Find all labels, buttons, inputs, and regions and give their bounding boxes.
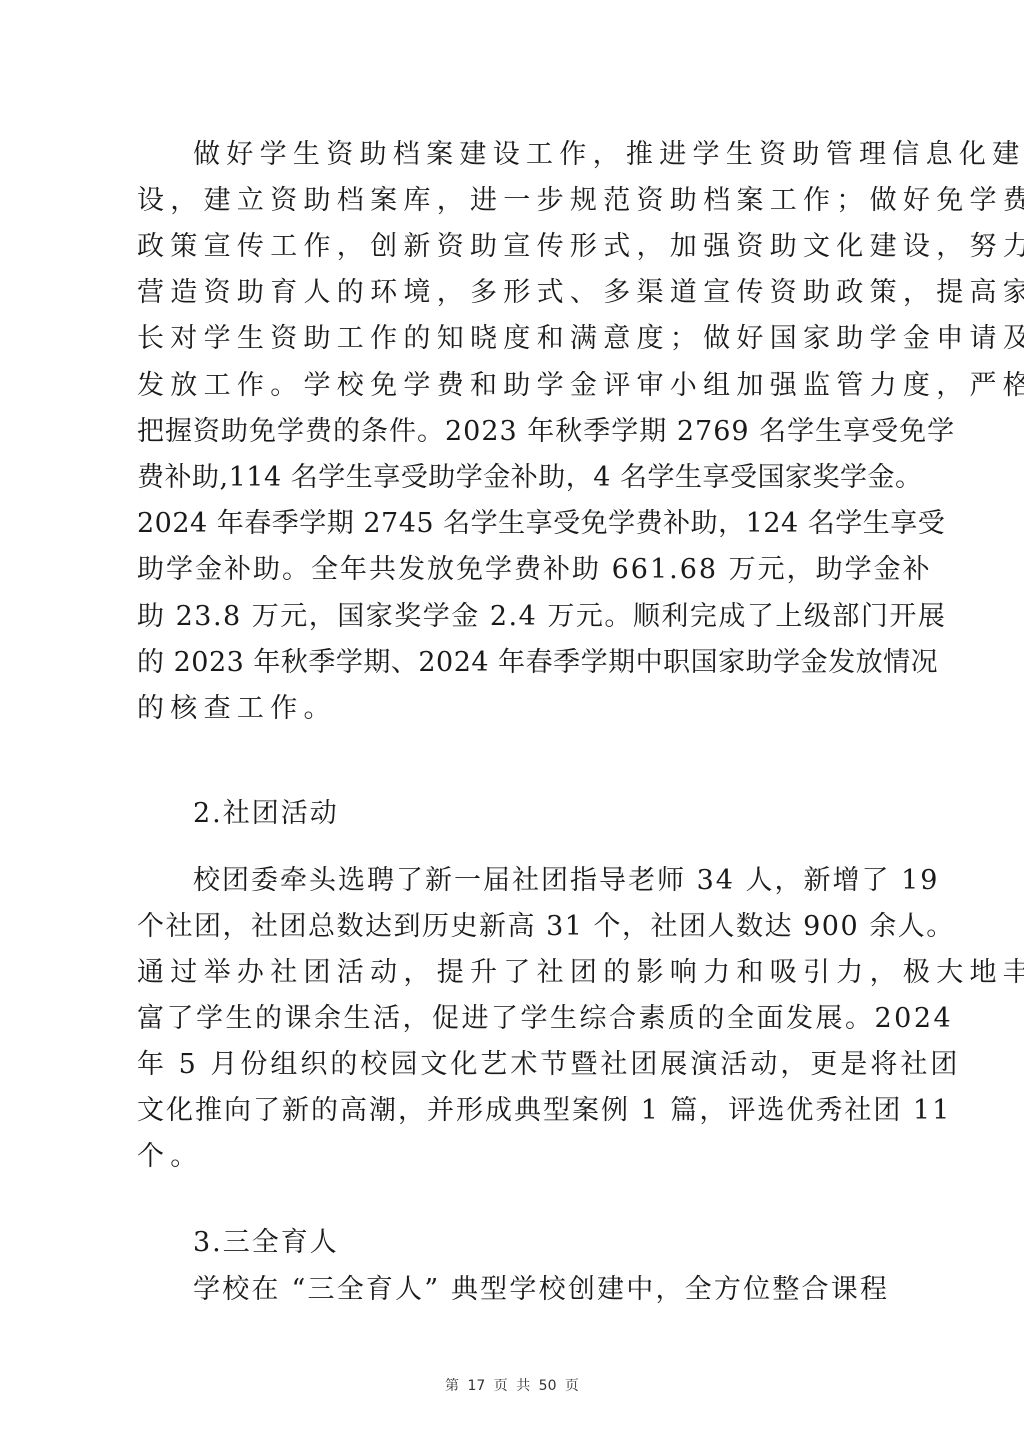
paragraph-line: 发放工作。学校免学费和助学金评审小组加强监管力度，严格 — [137, 369, 889, 403]
paragraph-line: 的核查工作。 — [137, 692, 889, 726]
section-heading: 2.社团活动 — [193, 797, 889, 831]
document-page: 做好学生资助档案建设工作，推进学生资助管理信息化建 设，建立资助档案库，进一步规… — [0, 0, 1024, 1448]
paragraph-line: 费补助,114 名学生享受助学金补助，4 名学生享受国家奖学金。 — [137, 461, 889, 495]
paragraph-line: 政策宣传工作，创新资助宣传形式，加强资助文化建设，努力 — [137, 230, 889, 264]
paragraph-line: 学校在 “三全育人” 典型学校创建中，全方位整合课程 — [193, 1273, 889, 1307]
paragraph-line: 营造资助育人的环境，多形式、多渠道宣传资助政策，提高家 — [137, 276, 889, 310]
paragraph-line: 通过举办社团活动，提升了社团的影响力和吸引力，极大地丰 — [137, 956, 889, 990]
paragraph-line: 个。 — [137, 1140, 889, 1174]
paragraph-line: 的 2023 年秋季学期、2024 年春季学期中职国家助学金发放情况 — [137, 646, 889, 680]
paragraph-line: 个社团，社团总数达到历史新高 31 个，社团人数达 900 余人。 — [137, 910, 889, 944]
paragraph-line: 做好学生资助档案建设工作，推进学生资助管理信息化建 — [193, 138, 889, 172]
paragraph-line: 校团委牵头选聘了新一届社团指导老师 34 人，新增了 19 — [193, 864, 889, 898]
paragraph-line: 富了学生的课余生活，促进了学生综合素质的全面发展。2024 — [137, 1002, 889, 1036]
paragraph-line: 2024 年春季学期 2745 名学生享受免学费补助，124 名学生享受 — [137, 507, 889, 541]
paragraph-line: 把握资助免学费的条件。2023 年秋季学期 2769 名学生享受免学 — [137, 415, 889, 449]
paragraph-line: 助学金补助。全年共发放免学费补助 661.68 万元，助学金补 — [137, 553, 889, 587]
paragraph-line: 文化推向了新的高潮，并形成典型案例 1 篇，评选优秀社团 11 — [137, 1094, 889, 1128]
paragraph-line: 设，建立资助档案库，进一步规范资助档案工作；做好免学费 — [137, 184, 889, 218]
section-heading: 3.三全育人 — [193, 1226, 889, 1260]
paragraph-line: 年 5 月份组织的校园文化艺术节暨社团展演活动，更是将社团 — [137, 1048, 889, 1082]
page-number-footer: 第 17 页 共 50 页 — [0, 1375, 1024, 1395]
paragraph-line: 长对学生资助工作的知晓度和满意度；做好国家助学金申请及 — [137, 322, 889, 356]
paragraph-line: 助 23.8 万元，国家奖学金 2.4 万元。顺利完成了上级部门开展 — [137, 600, 889, 634]
